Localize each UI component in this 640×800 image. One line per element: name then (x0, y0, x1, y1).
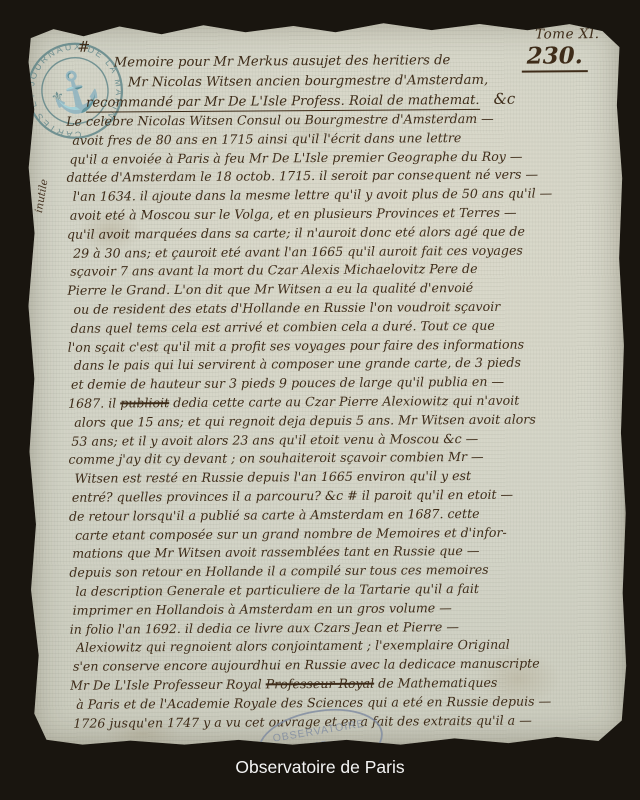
line-text: dedia cette carte au Czar Pierre Alexiow… (169, 393, 519, 410)
line-text: de Mathematiques (374, 675, 497, 691)
memoir-body: Le celebre Nicolas Witsen Consul ou Bour… (66, 109, 623, 733)
line-text: Mr De L'Isle Professeur Royal (70, 676, 266, 692)
memoir-header: Memoire pour Mr Merkus ausujet des herit… (86, 51, 516, 113)
header-line: Mr Nicolas Witsen ancien bourgmestre d'A… (128, 70, 515, 92)
oval-stamp-line2: DE (314, 739, 328, 750)
photo-caption: Observatoire de Paris (0, 757, 640, 778)
manuscript-line: l'an 1634. il ajoute dans la mesme lettr… (73, 184, 620, 207)
manuscript-paper: CARTES ET JOURNAUX DE LA MARINE ⚜ ⚓ Tome… (23, 18, 628, 750)
tome-label: Tome XI. (535, 26, 600, 42)
margin-note-inutile: inutile (33, 178, 51, 214)
struck-word: Professeur Royal (266, 676, 375, 692)
et-cetera-flourish: &c (493, 90, 515, 108)
page-number: 230. (522, 42, 588, 72)
photo-background: CARTES ET JOURNAUX DE LA MARINE ⚜ ⚓ Tome… (0, 0, 640, 800)
line-text: 1687. il (68, 395, 120, 410)
struck-word: publioit (120, 395, 169, 410)
